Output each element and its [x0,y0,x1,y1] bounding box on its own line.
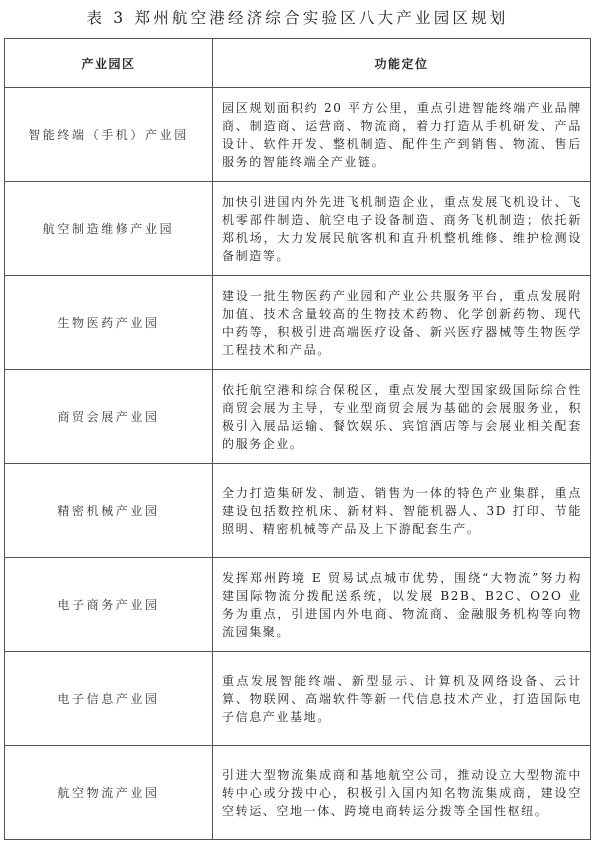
table-row: 电子信息产业园 重点发展智能终端、新型显示、计算机及网络设备、云计算、物联网、高… [5,652,591,746]
table-row: 智能终端（手机）产业园 园区规划面积约 20 平方公里，重点引进智能终端产业品牌… [5,88,591,182]
park-name-cell: 航空制造维修产业园 [5,182,213,276]
function-cell: 建设一批生物医药产业园和产业公共服务平台，重点发展附加值、技术含量较高的生物技术… [213,276,591,370]
table-header-row: 产业园区 功能定位 [5,39,591,88]
function-cell: 引进大型物流集成商和基地航空公司，推动设立大型物流中转中心或分拨中心，积极引入国… [213,746,591,840]
table-row: 航空制造维修产业园 加快引进国内外先进飞机制造企业，重点发展飞机设计、飞机零部件… [5,182,591,276]
function-cell: 加快引进国内外先进飞机制造企业，重点发展飞机设计、飞机零部件制造、航空电子设备制… [213,182,591,276]
column-header-function: 功能定位 [213,39,591,88]
column-header-park: 产业园区 [5,39,213,88]
park-name-cell: 电子商务产业园 [5,558,213,652]
table-row: 电子商务产业园 发挥郑州跨境 E 贸易试点城市优势，围绕“大物流”努力构建国际物… [5,558,591,652]
table-title: 表 3 郑州航空港经济综合实验区八大产业园区规划 [0,6,595,28]
industrial-parks-table: 产业园区 功能定位 智能终端（手机）产业园 园区规划面积约 20 平方公里，重点… [4,38,591,840]
park-name-cell: 航空物流产业园 [5,746,213,840]
table-row: 生物医药产业园 建设一批生物医药产业园和产业公共服务平台，重点发展附加值、技术含… [5,276,591,370]
park-name-cell: 生物医药产业园 [5,276,213,370]
function-cell: 全力打造集研发、制造、销售为一体的特色产业集群，重点建设包括数控机床、新材料、智… [213,464,591,558]
park-name-cell: 商贸会展产业园 [5,370,213,464]
function-cell: 发挥郑州跨境 E 贸易试点城市优势，围绕“大物流”努力构建国际物流分拨配送系统，… [213,558,591,652]
function-cell: 依托航空港和综合保税区，重点发展大型国家级国际综合性商贸会展为主导，专业型商贸会… [213,370,591,464]
table-row: 精密机械产业园 全力打造集研发、制造、销售为一体的特色产业集群，重点建设包括数控… [5,464,591,558]
table-row: 商贸会展产业园 依托航空港和综合保税区，重点发展大型国家级国际综合性商贸会展为主… [5,370,591,464]
table-row: 航空物流产业园 引进大型物流集成商和基地航空公司，推动设立大型物流中转中心或分拨… [5,746,591,840]
function-cell: 重点发展智能终端、新型显示、计算机及网络设备、云计算、物联网、高端软件等新一代信… [213,652,591,746]
park-name-cell: 精密机械产业园 [5,464,213,558]
function-cell: 园区规划面积约 20 平方公里，重点引进智能终端产业品牌商、制造商、运营商、物流… [213,88,591,182]
park-name-cell: 电子信息产业园 [5,652,213,746]
park-name-cell: 智能终端（手机）产业园 [5,88,213,182]
